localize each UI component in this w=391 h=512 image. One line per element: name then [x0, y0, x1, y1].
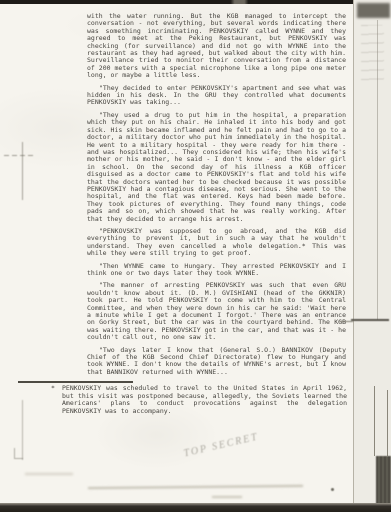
binding-strip [353, 0, 391, 512]
paragraph: "The manner of arresting PENKOVSKIY was … [87, 282, 346, 341]
footnote-separator [18, 381, 133, 383]
paragraph: "Two days later I know that (General S.O… [87, 347, 346, 377]
scan-smudge [88, 485, 303, 489]
pencil-mark-horizontal [4, 155, 34, 156]
margin-dash-mark [339, 321, 353, 322]
pencil-mark-vertical [22, 142, 23, 200]
footnote-marker: * [51, 385, 55, 392]
page-bottom-border [0, 503, 391, 512]
scan-smudge [212, 496, 242, 498]
document-body: with the water running. But the KGB mana… [87, 13, 346, 415]
page-top-border [0, 0, 391, 4]
paragraph: with the water running. But the KGB mana… [87, 13, 346, 80]
footnote-text: PENKOVSKIY was scheduled to travel to th… [62, 384, 347, 414]
scan-speck [331, 488, 334, 491]
paragraph: "They used a drug to put him in the hosp… [87, 112, 346, 223]
margin-bracket-mark [374, 386, 375, 456]
scan-smudge [25, 473, 73, 475]
scan-blob [357, 3, 390, 18]
footnote: * PENKOVSKIY was scheduled to travel to … [62, 385, 347, 415]
scanned-document-page: with the water running. But the KGB mana… [0, 0, 391, 512]
scan-scribble [361, 25, 384, 85]
top-secret-stamp: TOP SECRET [183, 432, 260, 460]
scan-dark-patch [376, 456, 391, 504]
page-edge-line [377, 20, 378, 320]
margin-dash-mark [351, 319, 389, 321]
paragraph: "Then WYNNE came to Hungary. They arrest… [87, 263, 346, 278]
margin-bracket-mark [387, 390, 388, 456]
pencil-tick-mark [14, 448, 23, 459]
paragraph: "PENKOVSKIY was supposed to go abroad, a… [87, 228, 346, 258]
paragraph: "They decided to enter PENKOVSKIY's apar… [87, 85, 346, 107]
